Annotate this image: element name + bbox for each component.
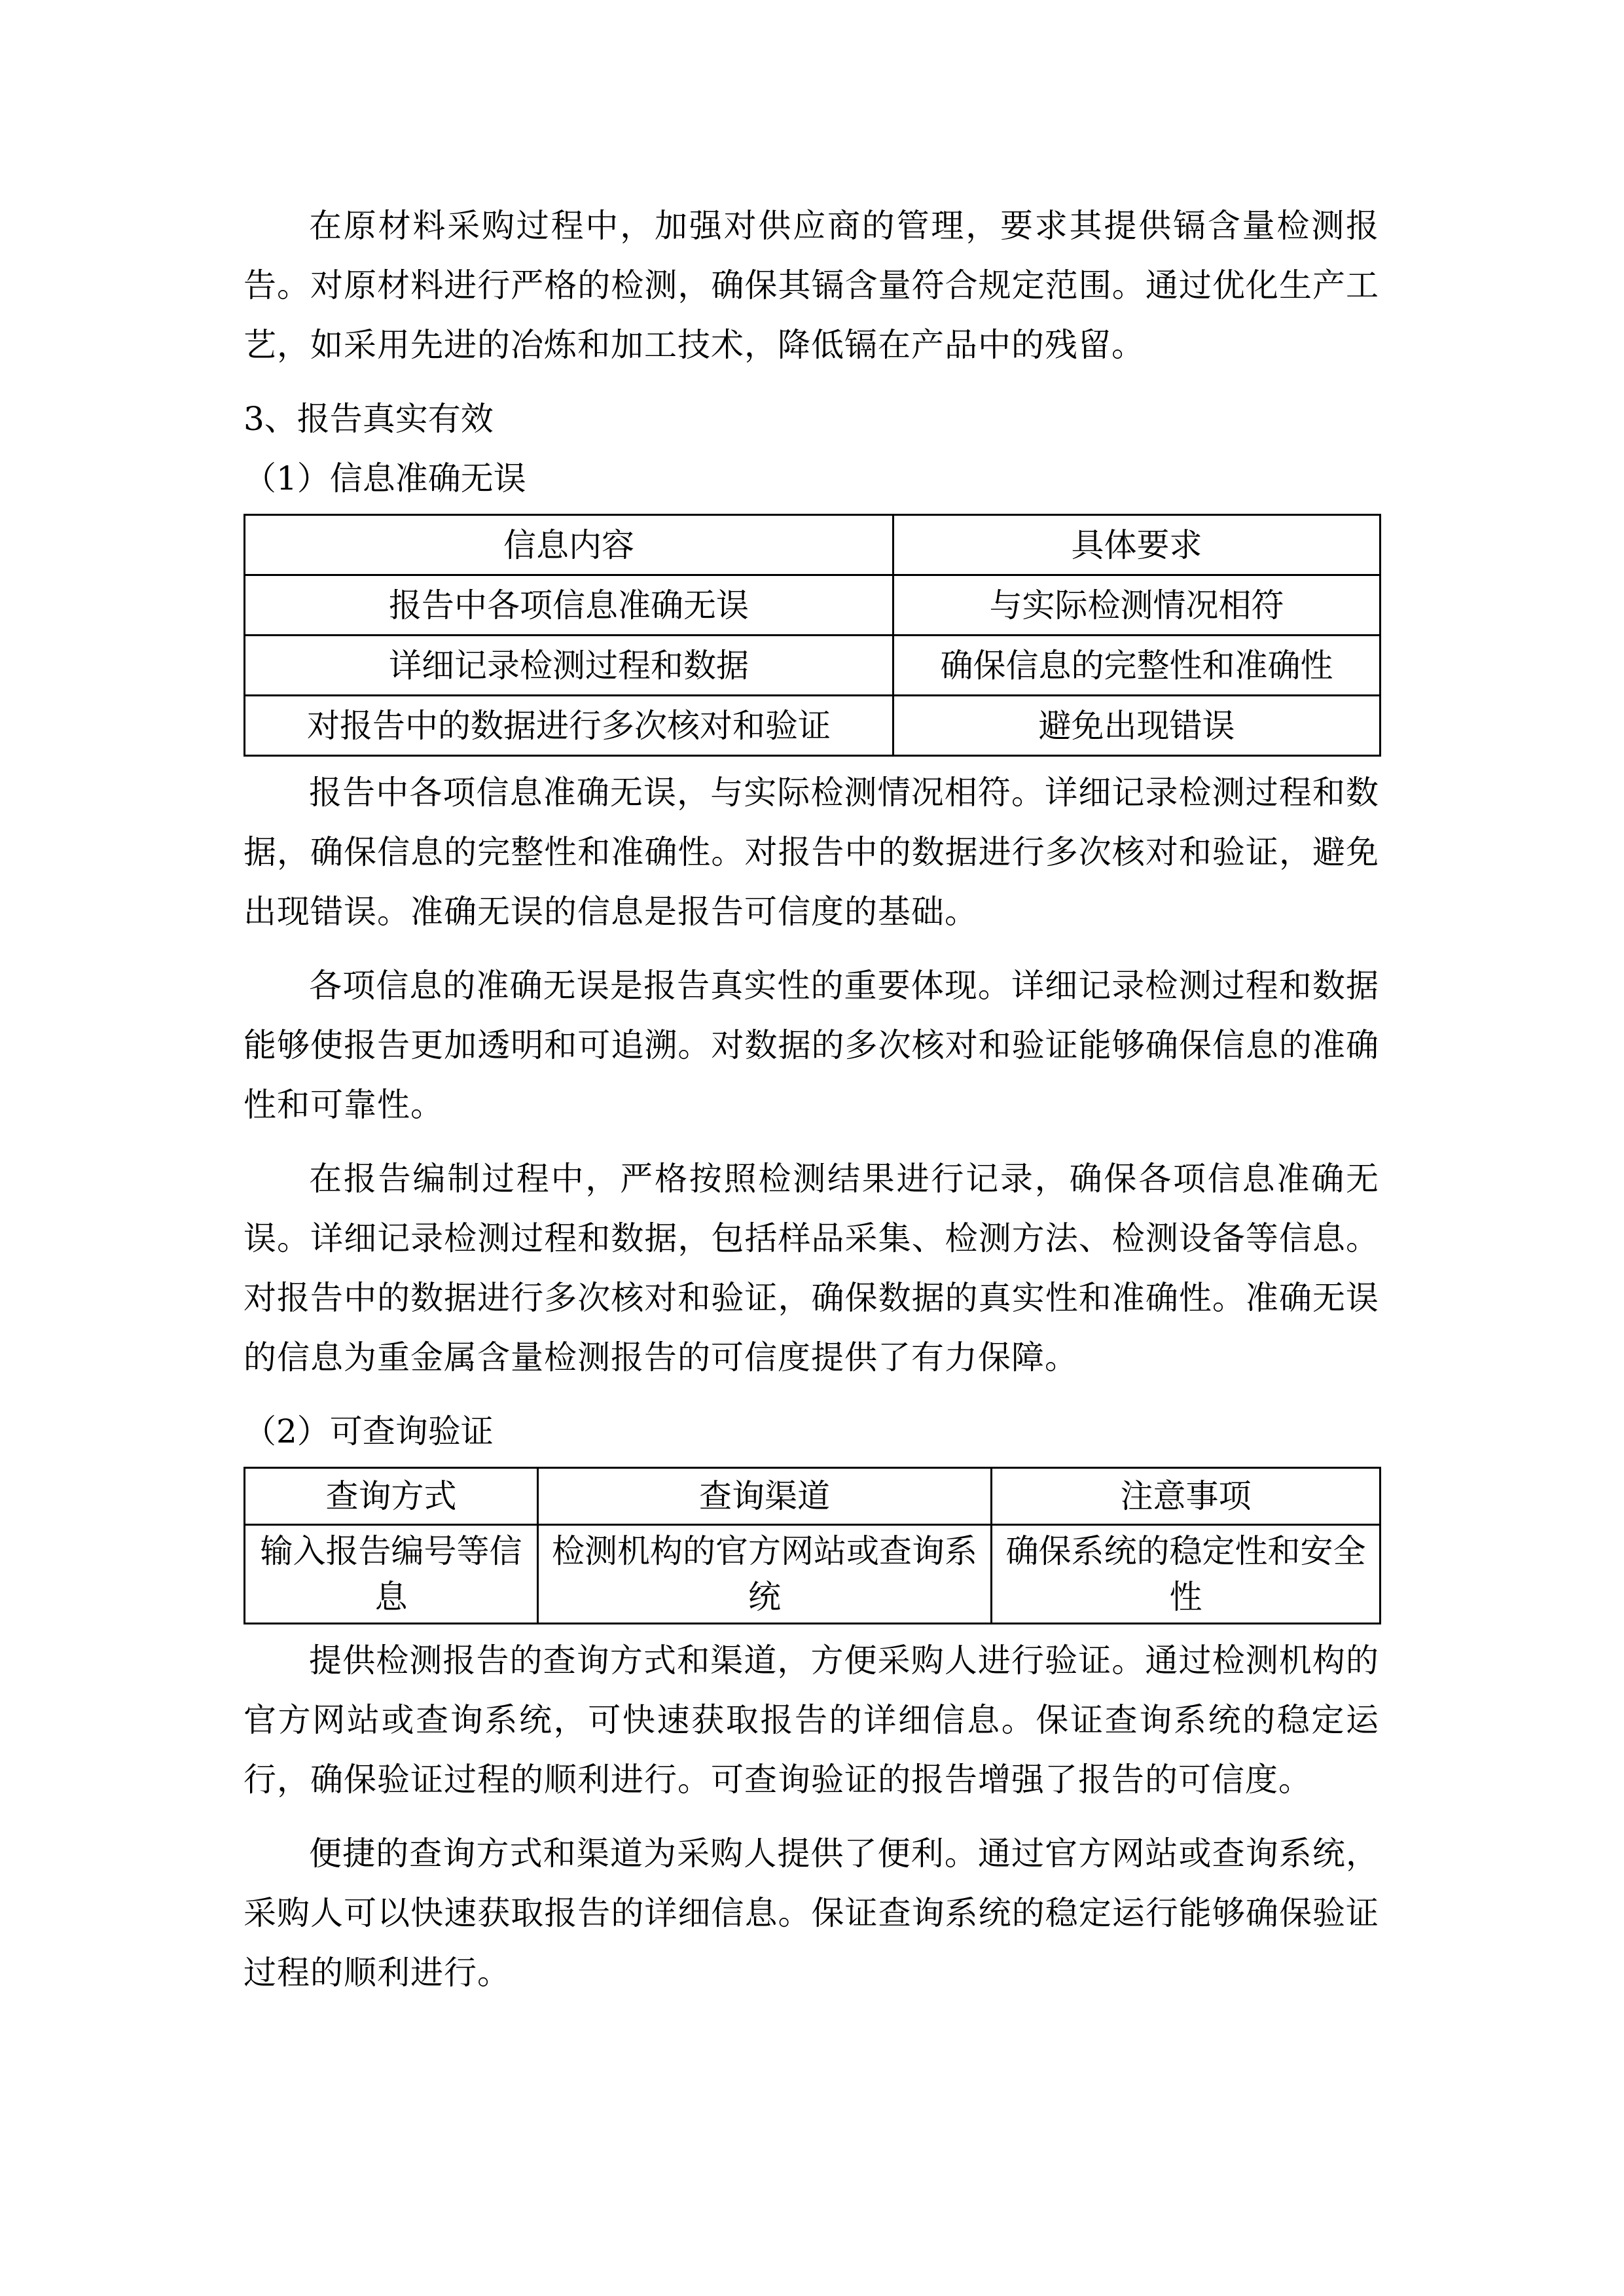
section-heading-report-validity: 3、报告真实有效 [244,389,1379,449]
paragraph: 在报告编制过程中，严格按照检测结果进行记录，确保各项信息准确无误。详细记录检测过… [244,1149,1379,1388]
table-cell: 报告中各项信息准确无误 [245,575,893,636]
table-header-row: 信息内容 具体要求 [245,515,1380,575]
table-cell: 输入报告编号等信息 [245,1525,538,1624]
paragraph: 各项信息的准确无误是报告真实性的重要体现。详细记录检测过程和数据能够使报告更加透… [244,956,1379,1135]
table-header-cell: 具体要求 [893,515,1380,575]
table-row: 报告中各项信息准确无误 与实际检测情况相符 [245,575,1380,636]
table-cell: 确保信息的完整性和准确性 [893,636,1380,696]
table-cell: 与实际检测情况相符 [893,575,1380,636]
subsection-heading-queryable: （2）可查询验证 [244,1402,1379,1462]
table-row: 对报告中的数据进行多次核对和验证 避免出现错误 [245,696,1380,756]
table-cell: 对报告中的数据进行多次核对和验证 [245,696,893,756]
paragraph: 提供检测报告的查询方式和渠道，方便采购人进行验证。通过检测机构的官方网站或查询系… [244,1631,1379,1810]
table-header-cell: 注意事项 [992,1468,1380,1525]
table-header-row: 查询方式 查询渠道 注意事项 [245,1468,1380,1525]
info-accuracy-table: 信息内容 具体要求 报告中各项信息准确无误 与实际检测情况相符 详细记录检测过程… [244,514,1381,757]
table-header-cell: 查询渠道 [538,1468,992,1525]
table-cell: 避免出现错误 [893,696,1380,756]
paragraph: 便捷的查询方式和渠道为采购人提供了便利。通过官方网站或查询系统，采购人可以快速获… [244,1824,1379,2003]
table-header-cell: 查询方式 [245,1468,538,1525]
table-cell: 确保系统的稳定性和安全性 [992,1525,1380,1624]
document-page: 在原材料采购过程中，加强对供应商的管理，要求其提供镉含量检测报告。对原材料进行严… [244,196,1379,2003]
subsection-heading-info-accuracy: （1）信息准确无误 [244,449,1379,509]
table-row: 输入报告编号等信息 检测机构的官方网站或查询系统 确保系统的稳定性和安全性 [245,1525,1380,1624]
paragraph-cadmium-procurement: 在原材料采购过程中，加强对供应商的管理，要求其提供镉含量检测报告。对原材料进行严… [244,196,1379,375]
query-verification-table: 查询方式 查询渠道 注意事项 输入报告编号等信息 检测机构的官方网站或查询系统 … [244,1467,1381,1624]
paragraph: 报告中各项信息准确无误，与实际检测情况相符。详细记录检测过程和数据，确保信息的完… [244,763,1379,942]
table-cell: 检测机构的官方网站或查询系统 [538,1525,992,1624]
table-header-cell: 信息内容 [245,515,893,575]
table-cell: 详细记录检测过程和数据 [245,636,893,696]
table-row: 详细记录检测过程和数据 确保信息的完整性和准确性 [245,636,1380,696]
